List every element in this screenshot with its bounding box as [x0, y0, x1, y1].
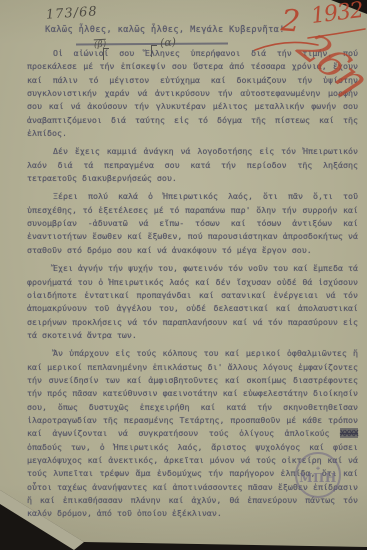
paragraph-text: Ἄν ὑπάρχουν εἰς τούς κόλπους του καί μερ… [27, 348, 358, 438]
overstruck-word: ΧΧΧΧ [340, 428, 358, 438]
paragraph: Ξέρει πολύ καλά ὁ Ἠπειρωτικός λαός, ὅτι … [27, 190, 358, 257]
stamp-letters: ΜΠΗ [299, 471, 336, 485]
paragraph: Δέν ἔχεις καμμιά ἀνάγκη νά λογοδοτήσης ε… [27, 145, 358, 185]
red-page-number: 2 [280, 3, 301, 39]
library-stamp: ✚ ΜΠΗ [295, 452, 341, 498]
paragraph: Ἔχει ἁγνήν τήν ψυχήν του, φωτεινόν τόν ν… [27, 262, 358, 342]
